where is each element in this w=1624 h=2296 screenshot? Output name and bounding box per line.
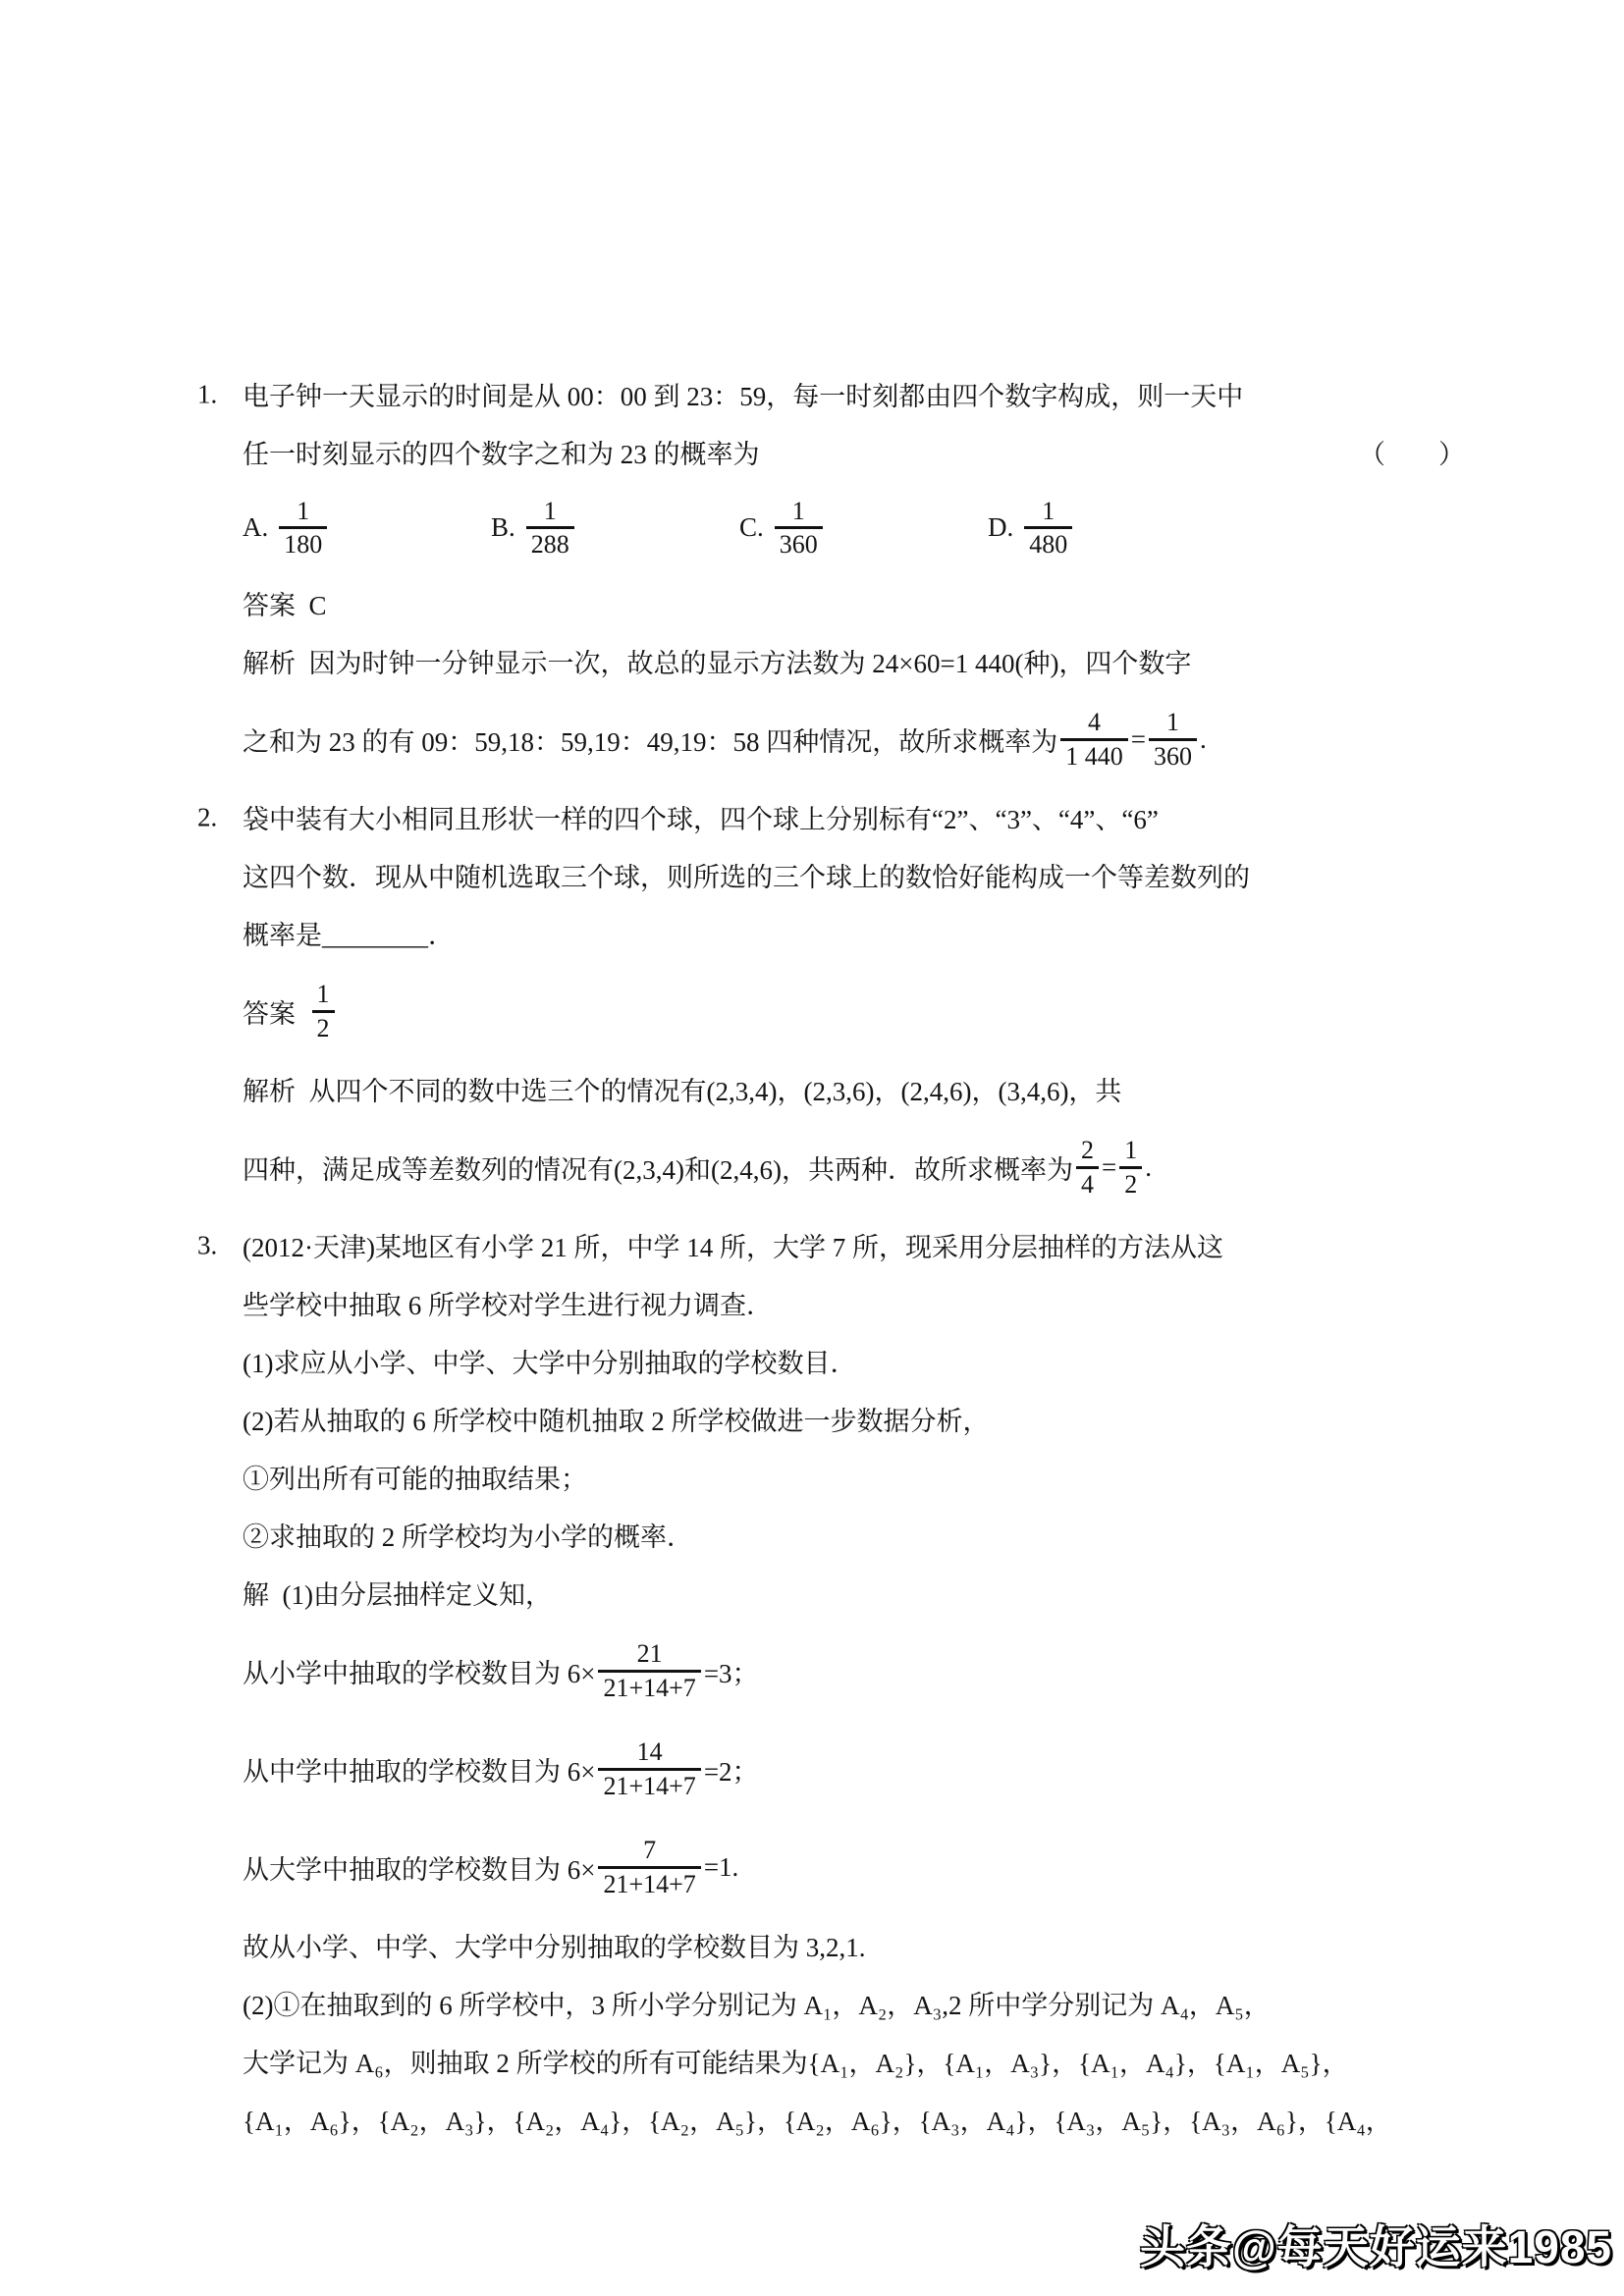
fraction-denominator: 480	[1024, 526, 1072, 560]
question-3-formula-university: 从大学中抽取的学校数目为 6×721+14+7=1.	[243, 1818, 1465, 1916]
question-number: 1.	[197, 379, 217, 409]
fraction-numerator: 2	[1076, 1135, 1099, 1165]
text-run: 解 (1)由分层抽样定义知，	[243, 1574, 552, 1612]
fraction-denominator: 180	[279, 526, 327, 560]
text-run: 袋中装有大小相同且形状一样的四个球，四个球上分别标有“2”、“3”、“4”、“6…	[243, 798, 1159, 836]
fraction-numerator: 1	[292, 496, 314, 526]
question-3-solution-2-line-1: (2)①在抽取到的 6 所学校中，3 所小学分别记为 A₁，A₂，A₃,2 所中…	[243, 1974, 1465, 2032]
question-2-analysis-1: 解析 从四个不同的数中选三个的情况有(2,3,4)，(2,3,6)，(2,4,6…	[243, 1060, 1465, 1118]
fraction-denominator: 21+14+7	[598, 1866, 700, 1899]
option-label: D.	[988, 512, 1013, 543]
text-run: =	[1131, 724, 1146, 755]
text-run: 故从小学、中学、大学中分别抽取的学校数目为 3,2,1.	[243, 1926, 866, 1964]
fraction-denominator: 1 440	[1060, 738, 1128, 772]
question-2-line-3: 概率是________．	[243, 904, 1465, 962]
question-number: 3.	[197, 1230, 217, 1260]
question-1-analysis-2: 之和为 23 的有 09：59,18：59,19：49,19：58 四种情况，故…	[243, 690, 1465, 788]
option-D: D.1480	[988, 496, 1236, 560]
fraction-denominator: 288	[526, 526, 574, 560]
text-run: 之和为 23 的有 09：59,18：59,19：49,19：58 四种情况，故…	[243, 721, 1057, 759]
text-run: 解析 因为时钟一分钟显示一次，故总的显示方法数为 24×60=1 440(种)，…	[243, 642, 1191, 680]
question-3-line-1: 3.(2012·天津)某地区有小学 21 所，中学 14 所，大学 7 所，现采…	[243, 1216, 1465, 1274]
fraction: 721+14+7	[598, 1835, 700, 1898]
text-run: 答案 C	[243, 584, 327, 622]
text-run: 大学记为 A₆，则抽取 2 所学校的所有可能结果为{A₁，A₂}，{A₁，A₃}…	[243, 2042, 1349, 2080]
fraction-numerator: 1	[1162, 707, 1184, 737]
question-3-formula-primary: 从小学中抽取的学校数目为 6×2121+14+7=3；	[243, 1622, 1465, 1720]
fraction-numerator: 1	[1119, 1135, 1142, 1165]
fraction-numerator: 7	[638, 1835, 661, 1865]
question-number: 2.	[197, 802, 217, 832]
text-run: =	[1102, 1152, 1116, 1183]
text-run: 答案	[243, 992, 309, 1031]
option-C: C.1360	[739, 496, 988, 560]
text-run: 从大学中抽取的学校数目为 6×	[243, 1848, 595, 1887]
text-run: 四种，满足成等差数列的情况有(2,3,4)和(2,4,6)，共两种．故所求概率为	[243, 1148, 1073, 1187]
text-run: (2012·天津)某地区有小学 21 所，中学 14 所，大学 7 所，现采用分…	[243, 1226, 1223, 1264]
question-3-part-2-sub-1: ①列出所有可能的抽取结果；	[243, 1448, 1465, 1506]
fraction: 1480	[1024, 496, 1072, 560]
question-2-line-2: 这四个数．现从中随机选取三个球，则所选的三个球上的数恰好能构成一个等差数列的	[243, 846, 1465, 904]
question-3-solution-2-line-2: 大学记为 A₆，则抽取 2 所学校的所有可能结果为{A₁，A₂}，{A₁，A₃}…	[243, 2032, 1465, 2090]
fraction-numerator: 14	[632, 1736, 668, 1767]
text-run: 任一时刻显示的四个数字之和为 23 的概率为	[243, 433, 760, 471]
text-run: ②求抽取的 2 所学校均为小学的概率．	[243, 1516, 693, 1554]
question-3-part-2-sub-2: ②求抽取的 2 所学校均为小学的概率．	[243, 1506, 1465, 1564]
question-3-solution-2-line-3: {A₁，A₆}，{A₂，A₃}，{A₂，A₄}，{A₂，A₅}，{A₂，A₆}，…	[243, 2090, 1465, 2148]
fraction: 12	[1119, 1135, 1142, 1199]
question-3-formula-middle: 从中学中抽取的学校数目为 6×1421+14+7=2；	[243, 1720, 1465, 1818]
question-3-line-2: 些学校中抽取 6 所学校对学生进行视力调查．	[243, 1274, 1465, 1332]
text-run: 电子钟一天显示的时间是从 00：00 到 23：59，每一时刻都由四个数字构成，…	[243, 375, 1243, 413]
question-2-answer: 答案 12	[243, 962, 1465, 1060]
fraction-denominator: 21+14+7	[598, 1670, 700, 1703]
text-run: =3；	[704, 1652, 759, 1690]
text-run: 概率是________．	[243, 914, 455, 952]
fraction-denominator: 4	[1076, 1166, 1099, 1200]
text-run: 从中学中抽取的学校数目为 6×	[243, 1750, 595, 1789]
text-run: ①列出所有可能的抽取结果；	[243, 1458, 587, 1496]
fraction: 1421+14+7	[598, 1736, 700, 1800]
question-1-line-1: 1.电子钟一天显示的时间是从 00：00 到 23：59，每一时刻都由四个数字构…	[243, 365, 1465, 423]
text-run: =2；	[704, 1750, 759, 1789]
fraction-denominator: 2	[1119, 1166, 1142, 1200]
question-2-analysis-2: 四种，满足成等差数列的情况有(2,3,4)和(2,4,6)，共两种．故所求概率为…	[243, 1118, 1465, 1216]
fraction: 1360	[1149, 707, 1197, 771]
question-1-answer: 答案 C	[243, 574, 1465, 632]
question-3-part-2: (2)若从抽取的 6 所学校中随机抽取 2 所学校做进一步数据分析，	[243, 1390, 1465, 1448]
fraction: 41 440	[1060, 707, 1128, 771]
fraction: 1288	[526, 496, 574, 560]
question-3-solution-conclusion: 故从小学、中学、大学中分别抽取的学校数目为 3,2,1.	[243, 1916, 1465, 1974]
document-body: 1.电子钟一天显示的时间是从 00：00 到 23：59，每一时刻都由四个数字构…	[243, 365, 1465, 2148]
text-run: =1.	[704, 1852, 738, 1883]
fraction-numerator: 1	[1037, 496, 1059, 526]
fraction: 1360	[775, 496, 823, 560]
option-A: A.1180	[243, 496, 491, 560]
text-run: 解析 从四个不同的数中选三个的情况有(2,3,4)，(2,3,6)，(2,4,6…	[243, 1070, 1121, 1108]
option-label: A.	[243, 512, 268, 543]
fraction-denominator: 360	[1149, 738, 1197, 772]
question-1-options: A.1180B.1288C.1360D.1480	[243, 481, 1465, 574]
text-run: .	[1200, 724, 1207, 755]
fraction-denominator: 2	[312, 1010, 335, 1043]
option-label: C.	[739, 512, 764, 543]
fraction: 1180	[279, 496, 327, 560]
question-2-line-1: 2.袋中装有大小相同且形状一样的四个球，四个球上分别标有“2”、“3”、“4”、…	[243, 788, 1465, 846]
answer-brackets: （ ）	[1359, 433, 1465, 471]
option-label: B.	[491, 512, 515, 543]
text-run: 些学校中抽取 6 所学校对学生进行视力调查．	[243, 1284, 773, 1322]
fraction-denominator: 360	[775, 526, 823, 560]
question-1-analysis-1: 解析 因为时钟一分钟显示一次，故总的显示方法数为 24×60=1 440(种)，…	[243, 632, 1465, 690]
fraction: 2121+14+7	[598, 1638, 700, 1702]
fraction-numerator: 4	[1083, 707, 1106, 737]
fraction: 12	[312, 979, 335, 1042]
text-run: (2)若从抽取的 6 所学校中随机抽取 2 所学校做进一步数据分析，	[243, 1400, 989, 1438]
fraction-denominator: 21+14+7	[598, 1768, 700, 1801]
watermark: 头条@每天好运来1985	[1140, 2212, 1612, 2276]
option-B: B.1288	[491, 496, 739, 560]
fraction-numerator: 1	[312, 979, 335, 1009]
fraction-numerator: 1	[539, 496, 562, 526]
fraction-numerator: 1	[787, 496, 810, 526]
text-run: {A₁，A₆}，{A₂，A₃}，{A₂，A₄}，{A₂，A₅}，{A₂，A₆}，…	[243, 2100, 1392, 2138]
text-run: 这四个数．现从中随机选取三个球，则所选的三个球上的数恰好能构成一个等差数列的	[243, 856, 1250, 894]
question-3-part-1: (1)求应从小学、中学、大学中分别抽取的学校数目．	[243, 1332, 1465, 1390]
question-3-solution-intro: 解 (1)由分层抽样定义知，	[243, 1564, 1465, 1622]
text-run: 从小学中抽取的学校数目为 6×	[243, 1652, 595, 1690]
text-run: (2)①在抽取到的 6 所学校中，3 所小学分别记为 A₁，A₂，A₃,2 所中…	[243, 1984, 1271, 2022]
question-1-line-2: 任一时刻显示的四个数字之和为 23 的概率为（ ）	[243, 423, 1465, 481]
text-run: (1)求应从小学、中学、大学中分别抽取的学校数目．	[243, 1342, 856, 1380]
text-run: .	[1145, 1152, 1152, 1183]
document-page: 1.电子钟一天显示的时间是从 00：00 到 23：59，每一时刻都由四个数字构…	[0, 0, 1624, 2296]
fraction-numerator: 21	[632, 1638, 668, 1669]
fraction: 24	[1076, 1135, 1099, 1199]
